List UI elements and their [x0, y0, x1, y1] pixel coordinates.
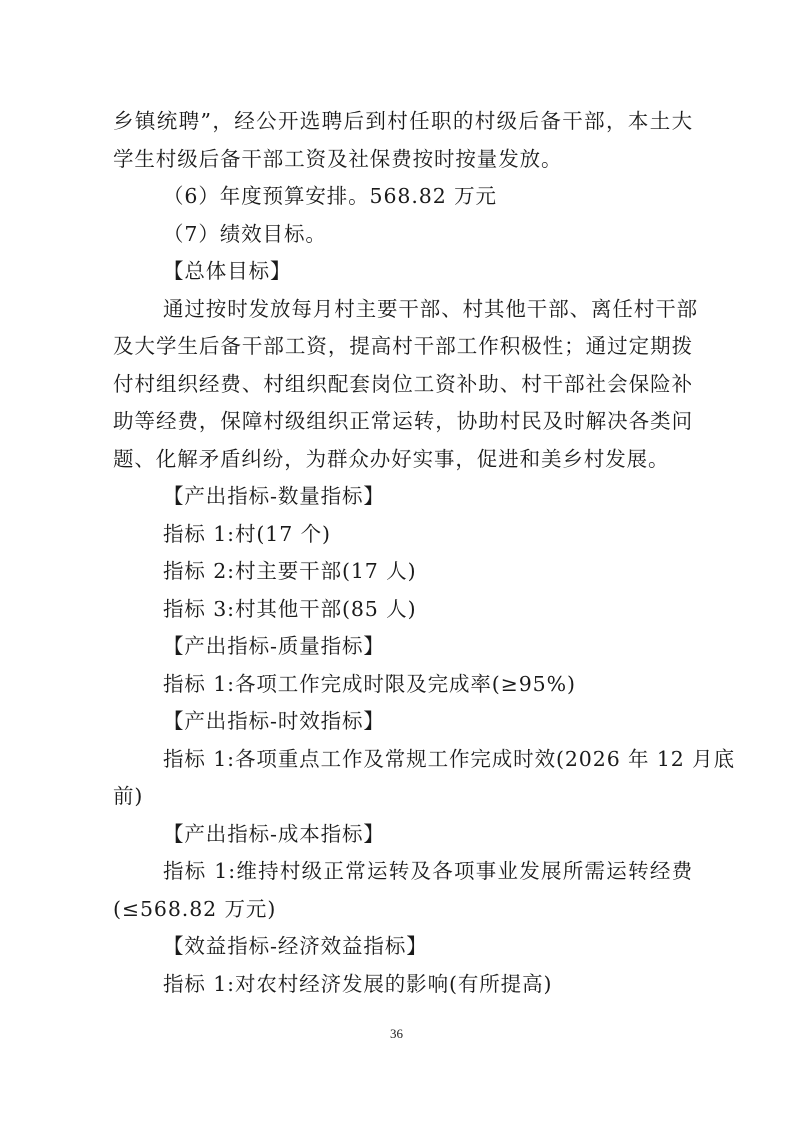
paragraph-line: 题、化解矛盾纠纷，为群众办好实事，促进和美乡村发展。	[113, 441, 693, 479]
indicator-item: 指标 3:村其他干部(85 人)	[113, 591, 693, 629]
paragraph-line: 及大学生后备干部工资，提高村干部工作积极性；通过定期拨	[113, 328, 693, 366]
page-number: 36	[0, 1026, 793, 1042]
indicator-item: 指标 2:村主要干部(17 人)	[113, 553, 693, 591]
subsection-heading: 【产出指标-数量指标】	[113, 478, 693, 516]
subsection-heading: 【总体目标】	[113, 253, 693, 291]
indicator-item-continuation: (≤568.82 万元)	[113, 891, 693, 929]
section-heading: （7）绩效目标。	[113, 216, 693, 254]
document-page: 乡镇统聘”，经公开选聘后到村任职的村级后备干部，本土大 学生村级后备干部工资及社…	[113, 103, 693, 1003]
indicator-item: 指标 1:维持村级正常运转及各项事业发展所需运转经费	[113, 853, 693, 891]
paragraph-line: 助等经费，保障村级组织正常运转，协助村民及时解决各类问	[113, 403, 693, 441]
indicator-item: 指标 1:各项重点工作及常规工作完成时效(2026 年 12 月底	[113, 741, 693, 779]
indicator-item: 指标 1:村(17 个)	[113, 516, 693, 554]
indicator-item: 指标 1:各项工作完成时限及完成率(≥95%)	[113, 666, 693, 704]
subsection-heading: 【产出指标-时效指标】	[113, 703, 693, 741]
indicator-item: 指标 1:对农村经济发展的影响(有所提高)	[113, 966, 693, 1004]
paragraph-line: 乡镇统聘”，经公开选聘后到村任职的村级后备干部，本土大	[113, 103, 693, 141]
subsection-heading: 【产出指标-成本指标】	[113, 816, 693, 854]
subsection-heading: 【效益指标-经济效益指标】	[113, 928, 693, 966]
subsection-heading: 【产出指标-质量指标】	[113, 628, 693, 666]
paragraph-line: 学生村级后备干部工资及社保费按时按量发放。	[113, 141, 693, 179]
indicator-item-continuation: 前)	[113, 778, 693, 816]
paragraph-line: 通过按时发放每月村主要干部、村其他干部、离任村干部	[113, 291, 693, 329]
paragraph-line: 付村组织经费、村组织配套岗位工资补助、村干部社会保险补	[113, 366, 693, 404]
budget-line: （6）年度预算安排。568.82 万元	[113, 178, 693, 216]
